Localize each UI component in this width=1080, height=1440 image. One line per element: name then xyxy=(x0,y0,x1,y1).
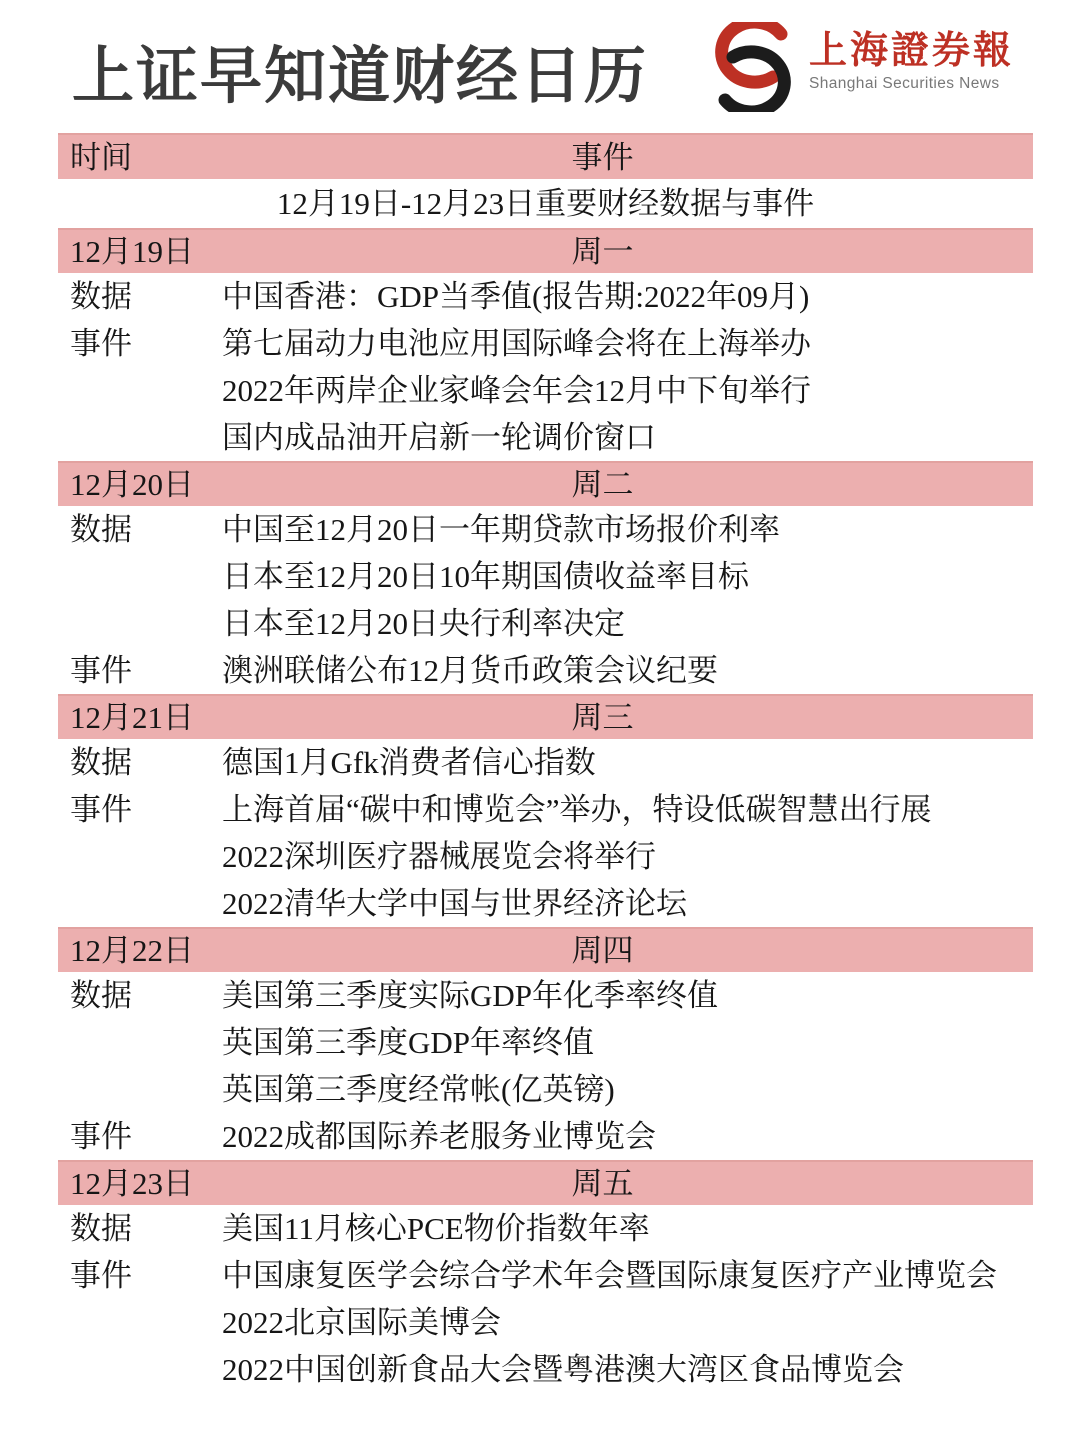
band-date: 12月22日 xyxy=(58,935,222,966)
band-date: 12月23日 xyxy=(58,1168,222,1199)
band-date: 12月20日 xyxy=(58,469,222,500)
item-text: 日本至12月20日央行利率决定 xyxy=(222,608,1033,639)
table-row: 2022中国创新食品大会暨粤港澳大湾区食品博览会 xyxy=(58,1346,1033,1393)
table-row: 英国第三季度GDP年率终值 xyxy=(58,1019,1033,1066)
item-text: 上海首届“碳中和博览会”举办，特设低碳智慧出行展 xyxy=(222,794,1033,825)
item-text: 国内成品油开启新一轮调价窗口 xyxy=(222,422,1033,453)
table-row: 事件上海首届“碳中和博览会”举办，特设低碳智慧出行展 xyxy=(58,786,1033,833)
table-row: 数据美国第三季度实际GDP年化季率终值 xyxy=(58,972,1033,1019)
item-text: 2022成都国际养老服务业博览会 xyxy=(222,1121,1033,1152)
band-date: 12月19日 xyxy=(58,236,222,267)
day-band: 12月20日周二 xyxy=(58,461,1033,506)
subtitle-row: 12月19日-12月23日重要财经数据与事件 xyxy=(58,179,1033,228)
group-label: 事件 xyxy=(58,794,222,825)
calendar-body: 12月19日周一数据中国香港：GDP当季值(报告期:2022年09月)事件第七届… xyxy=(58,228,1033,1393)
item-text: 2022清华大学中国与世界经济论坛 xyxy=(222,888,1033,919)
item-text: 澳洲联储公布12月货币政策会议纪要 xyxy=(222,655,1033,686)
group-label: 数据 xyxy=(58,980,222,1011)
table-row: 事件中国康复医学会综合学术年会暨国际康复医疗产业博览会 xyxy=(58,1252,1033,1299)
group-label: 事件 xyxy=(58,655,222,686)
item-text: 中国康复医学会综合学术年会暨国际康复医疗产业博览会 xyxy=(222,1260,1047,1291)
calendar-table: 时间 事件 12月19日-12月23日重要财经数据与事件 12月19日周一数据中… xyxy=(58,133,1033,1393)
group-label: 事件 xyxy=(58,1121,222,1152)
table-header-row: 时间 事件 xyxy=(58,133,1033,179)
band-weekday: 周一 xyxy=(222,236,1033,267)
table-row: 事件2022成都国际养老服务业博览会 xyxy=(58,1113,1033,1160)
table-row: 数据中国至12月20日一年期贷款市场报价利率 xyxy=(58,506,1033,553)
logo-name-en: Shanghai Securities News xyxy=(809,75,1014,93)
item-text: 中国至12月20日一年期贷款市场报价利率 xyxy=(222,514,1033,545)
day-band: 12月23日周五 xyxy=(58,1160,1033,1205)
table-row: 数据中国香港：GDP当季值(报告期:2022年09月) xyxy=(58,273,1033,320)
page-header: 上证早知道财经日历 上海證券報 Shanghai Securities News xyxy=(0,0,1080,133)
group-label: 数据 xyxy=(58,747,222,778)
band-date: 12月21日 xyxy=(58,702,222,733)
day-band: 12月21日周三 xyxy=(58,694,1033,739)
table-row: 日本至12月20日央行利率决定 xyxy=(58,600,1033,647)
item-text: 2022年两岸企业家峰会年会12月中下旬举行 xyxy=(222,375,1033,406)
item-text: 美国第三季度实际GDP年化季率终值 xyxy=(222,980,1033,1011)
band-weekday: 周二 xyxy=(222,469,1033,500)
logo: 上海證券報 Shanghai Securities News xyxy=(703,22,1014,112)
logo-name-cn: 上海證券報 xyxy=(809,32,1014,72)
table-row: 事件澳洲联储公布12月货币政策会议纪要 xyxy=(58,647,1033,694)
group-label: 事件 xyxy=(58,328,222,359)
table-row: 2022清华大学中国与世界经济论坛 xyxy=(58,880,1033,927)
time-column-header: 时间 xyxy=(58,142,222,173)
item-text: 日本至12月20日10年期国债收益率目标 xyxy=(222,561,1033,592)
table-row: 英国第三季度经常帐(亿英镑) xyxy=(58,1066,1033,1113)
table-row: 事件第七届动力电池应用国际峰会将在上海举办 xyxy=(58,320,1033,367)
item-text: 2022北京国际美博会 xyxy=(222,1307,1033,1338)
item-text: 2022深圳医疗器械展览会将举行 xyxy=(222,841,1033,872)
group-label: 数据 xyxy=(58,514,222,545)
day-band: 12月19日周一 xyxy=(58,228,1033,273)
item-text: 2022中国创新食品大会暨粤港澳大湾区食品博览会 xyxy=(222,1354,1033,1385)
item-text: 美国11月核心PCE物价指数年率 xyxy=(222,1213,1033,1244)
table-row: 2022北京国际美博会 xyxy=(58,1299,1033,1346)
group-label: 事件 xyxy=(58,1260,222,1291)
event-column-header: 事件 xyxy=(222,142,1033,173)
table-row: 数据美国11月核心PCE物价指数年率 xyxy=(58,1205,1033,1252)
table-row: 国内成品油开启新一轮调价窗口 xyxy=(58,414,1033,461)
item-text: 英国第三季度GDP年率终值 xyxy=(222,1027,1033,1058)
item-text: 英国第三季度经常帐(亿英镑) xyxy=(222,1074,1033,1105)
logo-swirl-icon xyxy=(703,22,803,112)
page-title: 上证早知道财经日历 xyxy=(72,26,648,115)
table-row: 日本至12月20日10年期国债收益率目标 xyxy=(58,553,1033,600)
item-text: 第七届动力电池应用国际峰会将在上海举办 xyxy=(222,328,1033,359)
band-weekday: 周五 xyxy=(222,1168,1033,1199)
group-label: 数据 xyxy=(58,281,222,312)
table-row: 2022年两岸企业家峰会年会12月中下旬举行 xyxy=(58,367,1033,414)
table-row: 数据德国1月Gfk消费者信心指数 xyxy=(58,739,1033,786)
day-band: 12月22日周四 xyxy=(58,927,1033,972)
band-weekday: 周三 xyxy=(222,702,1033,733)
table-row: 2022深圳医疗器械展览会将举行 xyxy=(58,833,1033,880)
group-label: 数据 xyxy=(58,1213,222,1244)
band-weekday: 周四 xyxy=(222,935,1033,966)
item-text: 德国1月Gfk消费者信心指数 xyxy=(222,747,1033,778)
table-subtitle: 12月19日-12月23日重要财经数据与事件 xyxy=(58,188,1033,219)
item-text: 中国香港：GDP当季值(报告期:2022年09月) xyxy=(222,281,1033,312)
logo-text: 上海證券報 Shanghai Securities News xyxy=(809,22,1014,93)
